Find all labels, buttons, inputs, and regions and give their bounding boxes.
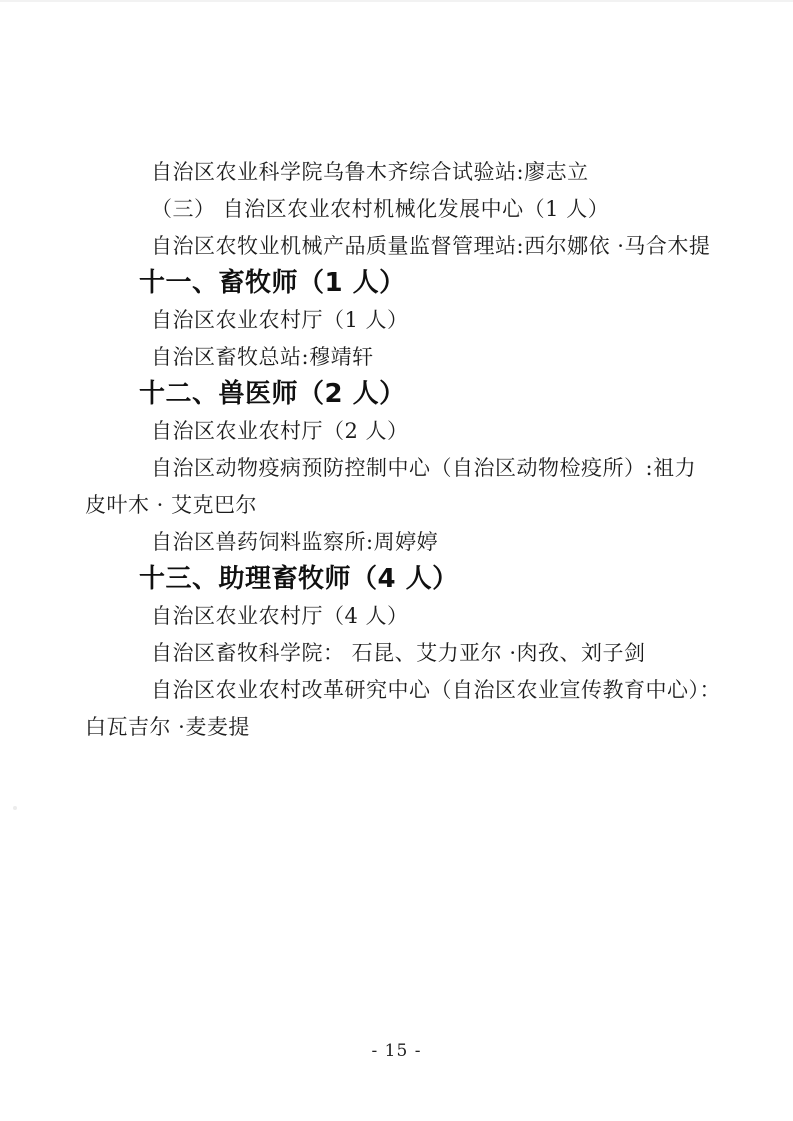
text-line: 皮叶木 · 艾克巴尔 — [85, 487, 733, 524]
text-line: 自治区兽药饲料监察所:周婷婷 — [85, 524, 733, 561]
text-line: 自治区农业农村厅（2 人） — [85, 413, 733, 450]
heading-line: 十二、兽医师（2 人） — [85, 376, 733, 413]
document-page: 自治区农业科学院乌鲁木齐综合试验站:廖志立（三） 自治区农业农村机械化发展中心（… — [0, 0, 793, 1121]
heading-line: 十一、畜牧师（1 人） — [85, 265, 733, 302]
text-line: 自治区畜牧总站:穆靖轩 — [85, 339, 733, 376]
text-line: （三） 自治区农业农村机械化发展中心（1 人） — [85, 191, 733, 228]
text-line: 自治区农业农村改革研究中心（自治区农业宣传教育中心）： — [85, 672, 733, 709]
text-line: 自治区农业农村厅（1 人） — [85, 302, 733, 339]
text-line: 白瓦吉尔 ·麦麦提 — [85, 709, 733, 746]
heading-line: 十三、助理畜牧师（4 人） — [85, 561, 733, 598]
page-number: - 15 - — [0, 1041, 793, 1061]
document-body: 自治区农业科学院乌鲁木齐综合试验站:廖志立（三） 自治区农业农村机械化发展中心（… — [85, 154, 733, 746]
text-line: 自治区畜牧科学院： 石昆、艾力亚尔 ·肉孜、刘子剑 — [85, 635, 733, 672]
text-line: 自治区动物疫病预防控制中心（自治区动物检疫所）:祖力 — [85, 450, 733, 487]
scan-artifact-dot — [13, 806, 17, 810]
text-line: 自治区农牧业机械产品质量监督管理站:西尔娜依 ·马合木提 — [85, 228, 733, 265]
text-line: 自治区农业科学院乌鲁木齐综合试验站:廖志立 — [85, 154, 733, 191]
scan-edge-artifact — [0, 0, 793, 2]
text-line: 自治区农业农村厅（4 人） — [85, 598, 733, 635]
